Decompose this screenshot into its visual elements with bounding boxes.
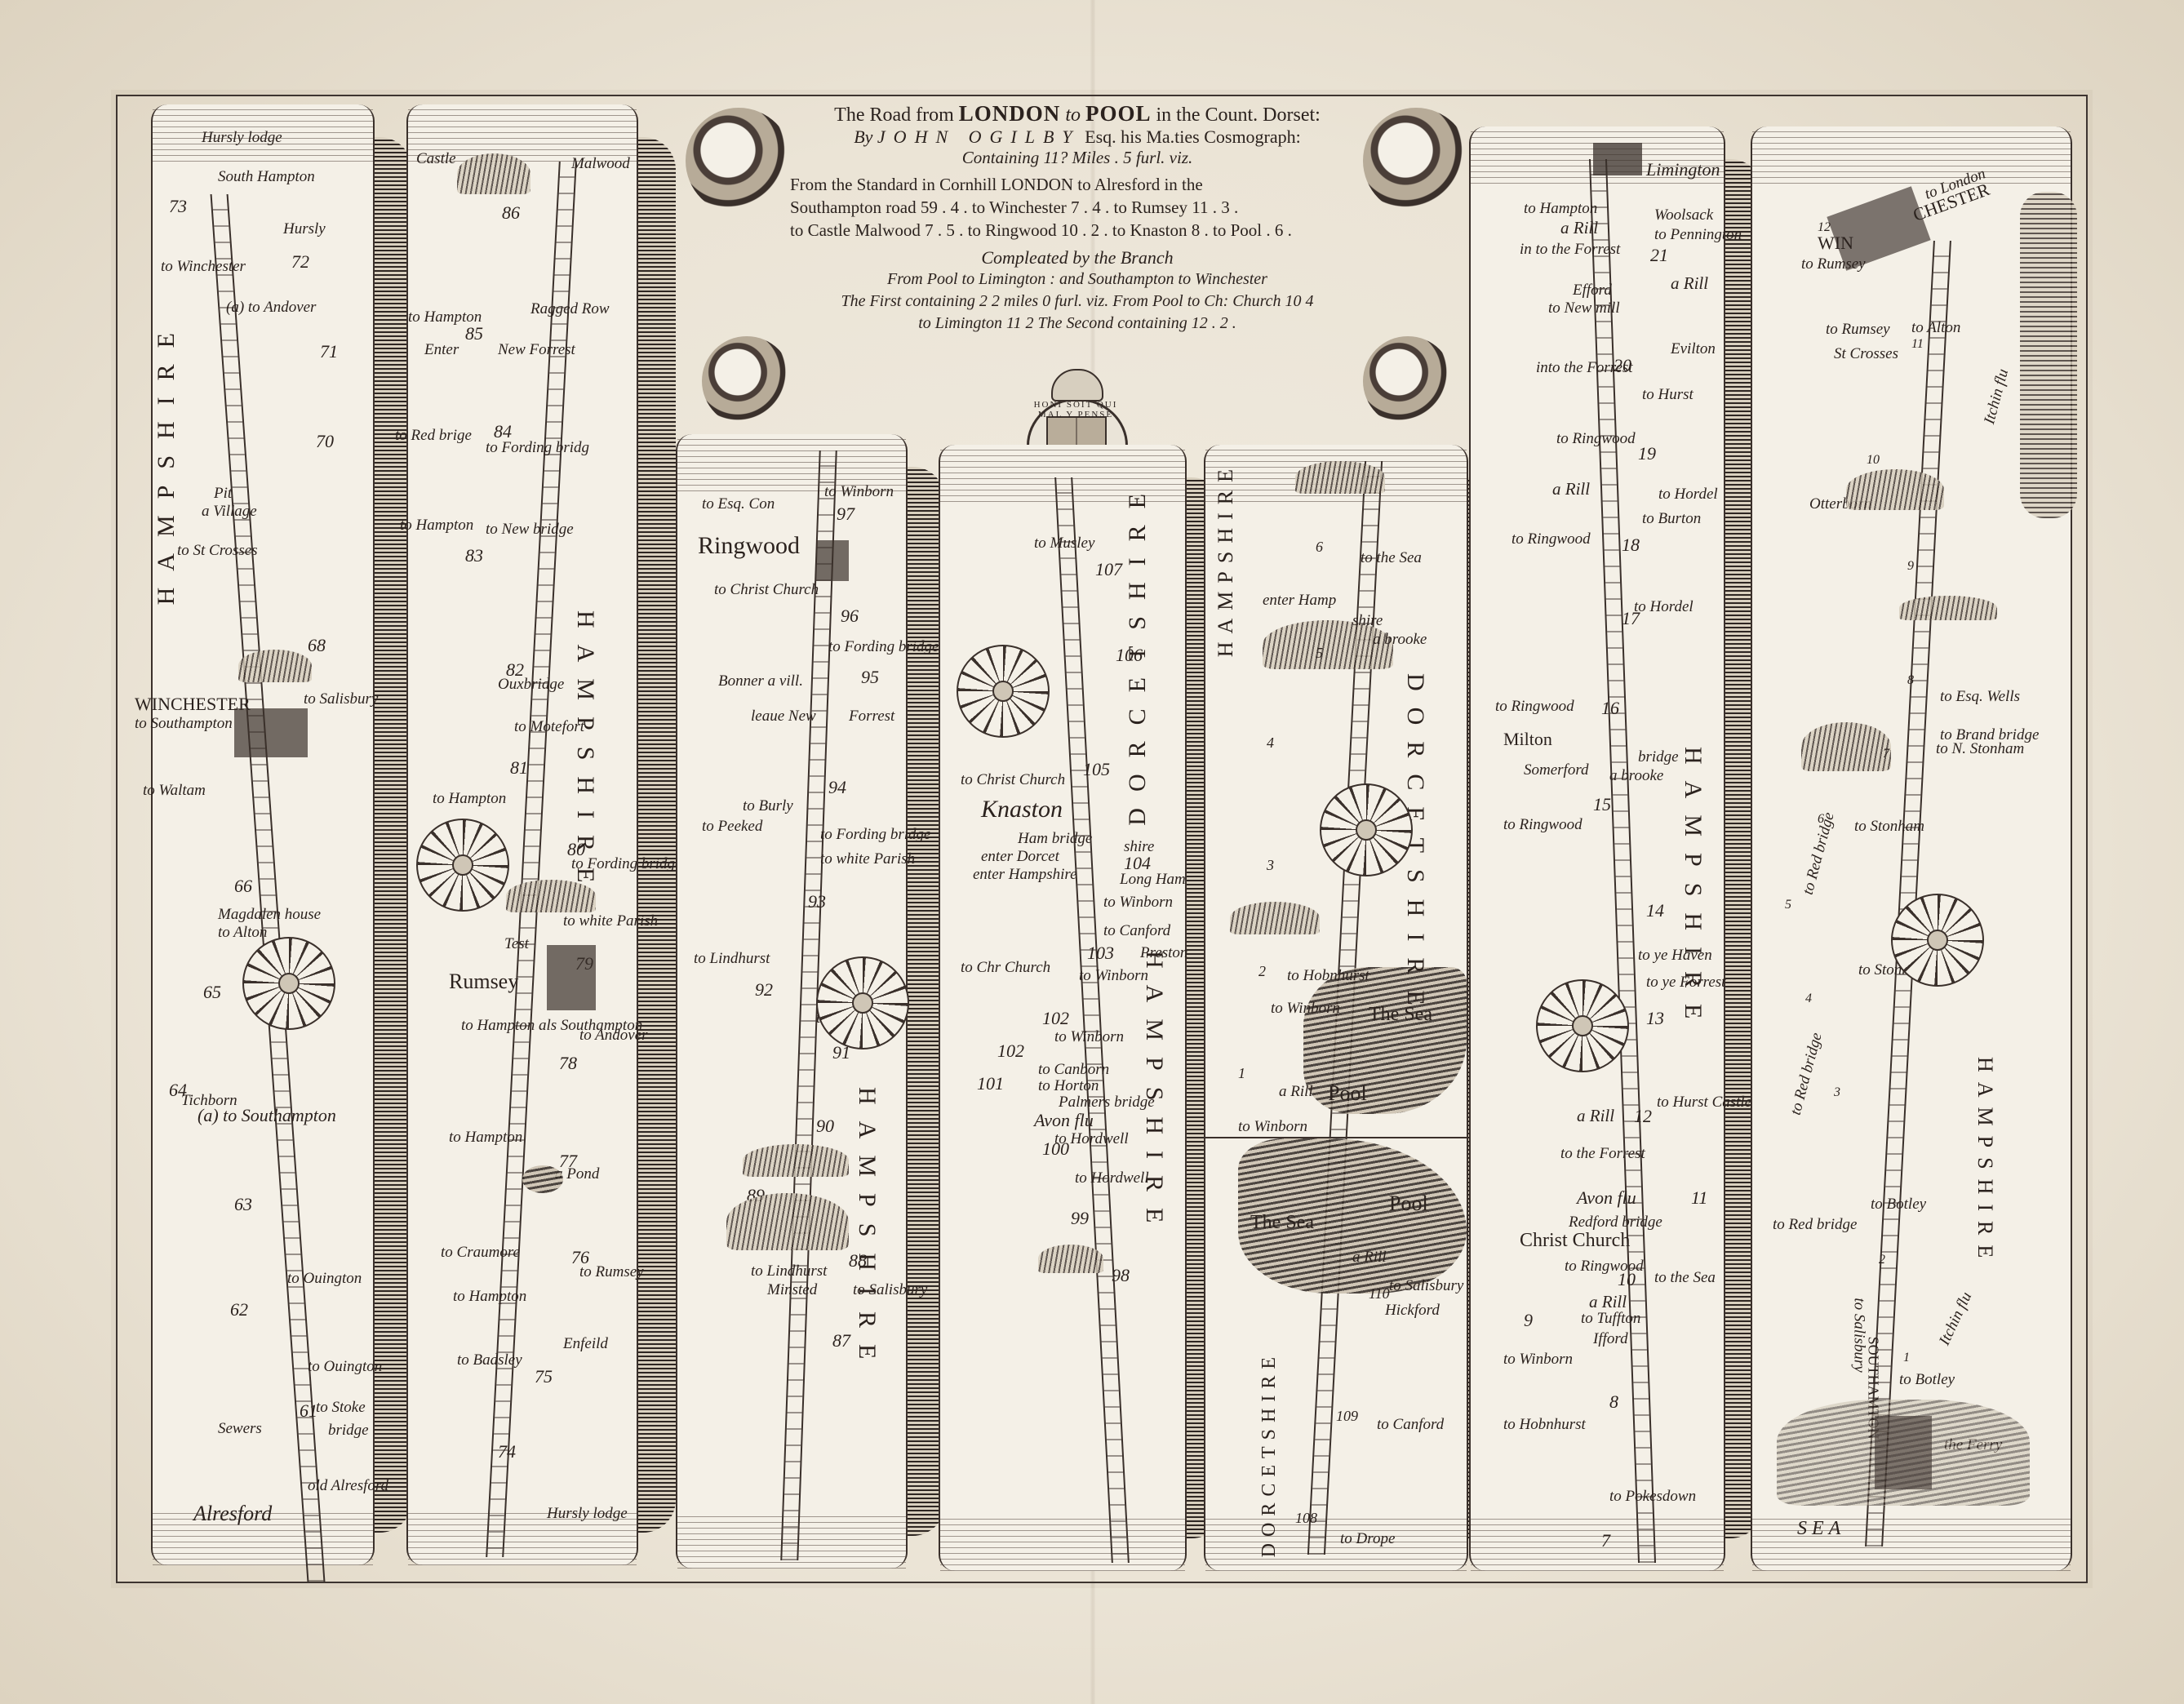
river-label: Itchin flu bbox=[1936, 1289, 1976, 1348]
strip-2: Castle Malwood to Hampton Ragged Row Ent… bbox=[406, 104, 638, 1565]
county-label-hampshire: HAMPSHIRE bbox=[1214, 461, 1238, 657]
place-label: to Hampton bbox=[400, 517, 473, 535]
milestone: 110 bbox=[1369, 1285, 1390, 1302]
milestone: 5 bbox=[1785, 898, 1791, 912]
hill-icon bbox=[1899, 596, 1997, 620]
town-rumsey-icon bbox=[547, 945, 596, 1010]
branch-section: Compleated by the Branch From Pool to Li… bbox=[783, 246, 1371, 335]
place-label: to Canford bbox=[1103, 922, 1170, 940]
place-label: Ifford bbox=[1593, 1330, 1628, 1348]
cartouche-scroll-left-ornament bbox=[686, 108, 792, 214]
compass-rose-icon bbox=[1891, 894, 1984, 987]
milestone: 86 bbox=[502, 202, 520, 224]
place-label: Enfeild bbox=[563, 1335, 608, 1353]
place-label: to Ringwood bbox=[1556, 430, 1636, 448]
crown-icon bbox=[1051, 369, 1103, 402]
county-label-hampshire: HAMPSHIRE bbox=[853, 1087, 881, 1375]
milestone: 1 bbox=[1903, 1351, 1910, 1365]
place-label: to Tuffton bbox=[1581, 1310, 1640, 1328]
place-label: St Crosses bbox=[1834, 345, 1898, 363]
place-label: Avon flu bbox=[1034, 1110, 1094, 1131]
title-author: JOHN OGILBY bbox=[877, 126, 1081, 147]
milestone: 8 bbox=[1609, 1391, 1618, 1413]
hill-icon bbox=[1038, 1245, 1103, 1273]
milestone: 12 bbox=[1634, 1106, 1652, 1127]
milestone: 61 bbox=[300, 1400, 317, 1422]
place-label: to Red bridge bbox=[1787, 1031, 1827, 1117]
milestone: 2 bbox=[1258, 963, 1266, 980]
milestone: 16 bbox=[1601, 698, 1619, 719]
town-ringwood: Ringwood bbox=[698, 532, 800, 560]
place-label: to Winborn bbox=[1503, 1351, 1573, 1369]
milestone: 70 bbox=[316, 431, 334, 452]
town-christ-church: Christ Church bbox=[1520, 1230, 1630, 1252]
hill-icon bbox=[506, 880, 596, 912]
place-label: to Winborn bbox=[1054, 1028, 1124, 1046]
place-label: Enter bbox=[424, 341, 459, 359]
compass-rose-icon bbox=[242, 937, 335, 1030]
county-label-hampshire: HAMPSHIRE bbox=[1973, 1057, 1997, 1267]
place-label: to New mill bbox=[1548, 300, 1620, 317]
milestone: 7 bbox=[1601, 1530, 1610, 1551]
strip-5: to the Sea enter Hamp shire a brooke to … bbox=[1204, 445, 1468, 1571]
place-label: Magdalen house bbox=[218, 906, 321, 924]
place-label: to Musley bbox=[1034, 535, 1094, 552]
compass-rose-icon bbox=[816, 956, 909, 1049]
milestone: 75 bbox=[535, 1366, 553, 1387]
place-label: Minsted bbox=[767, 1281, 817, 1299]
place-label: to Southampton bbox=[135, 715, 233, 733]
place-label: to New bridge bbox=[486, 521, 574, 539]
place-label: to Red bridge bbox=[1773, 1216, 1857, 1234]
town-alresford: Alresford bbox=[193, 1502, 272, 1526]
place-label: Ham bridge bbox=[1018, 830, 1092, 848]
county-label-hampshire: HAMPSHIRE bbox=[571, 610, 599, 899]
sea-label: SEA bbox=[1797, 1518, 1845, 1540]
place-label: Test bbox=[504, 935, 529, 953]
milestone: 1 bbox=[1238, 1065, 1245, 1082]
milestone: 66 bbox=[234, 876, 252, 897]
strip-5-bottom-lines bbox=[1205, 1514, 1467, 1571]
town-limington: Limington bbox=[1646, 159, 1720, 180]
place-label: Forrest bbox=[849, 708, 894, 726]
place-label: in to the Forrest bbox=[1520, 241, 1620, 259]
county-label-dorcetshire: DORCETSHIRE bbox=[1258, 1351, 1281, 1557]
place-label: a Rill bbox=[1552, 479, 1590, 499]
place-label: to Winborn bbox=[1271, 1000, 1340, 1018]
milestone: 96 bbox=[841, 606, 859, 627]
strip-1: Hursly lodge South Hampton Hursly to Win… bbox=[151, 104, 375, 1565]
place-label: to Lindhurst bbox=[751, 1262, 827, 1280]
milestone: 108 bbox=[1295, 1510, 1317, 1527]
town-limington-icon bbox=[1593, 143, 1642, 175]
scroll-curl-ornament bbox=[2020, 192, 2077, 518]
place-label: to Alton bbox=[1911, 319, 1960, 337]
milestone: 90 bbox=[816, 1116, 834, 1137]
milestone: 95 bbox=[861, 667, 879, 688]
place-label: to Red brige bbox=[395, 427, 472, 445]
milestone: 94 bbox=[828, 777, 846, 798]
title-suffix: in the Count. Dorset: bbox=[1156, 104, 1321, 126]
place-label: to Burton bbox=[1642, 510, 1701, 528]
town-rumsey: Rumsey bbox=[449, 970, 518, 994]
strip-6-bottom-lines bbox=[1471, 1514, 1724, 1571]
place-label: New Forrest bbox=[498, 341, 575, 359]
place-label: to Chr Church bbox=[961, 959, 1050, 977]
place-label: to Hurst Castle bbox=[1657, 1094, 1751, 1112]
milestone: 71 bbox=[320, 341, 338, 362]
place-label: to Hobnhurst bbox=[1287, 967, 1369, 985]
place-label: Evilton bbox=[1671, 340, 1716, 358]
compass-rose-icon bbox=[416, 819, 509, 912]
place-label: Milton bbox=[1503, 729, 1552, 750]
place-label: to Waltam bbox=[143, 782, 206, 800]
milestone: 73 bbox=[169, 196, 187, 217]
place-label: Castle bbox=[416, 150, 456, 168]
place-label: to Esq. Wells bbox=[1940, 688, 2020, 706]
place-label: to Salisbury bbox=[1389, 1277, 1463, 1295]
place-label: to white Parish bbox=[820, 850, 915, 868]
place-label: a Village bbox=[202, 503, 257, 521]
milestone: 102 bbox=[997, 1041, 1024, 1062]
place-label: to Drope bbox=[1340, 1530, 1395, 1548]
place-label: to the Forrest bbox=[1560, 1145, 1645, 1163]
place-label: to Hampton bbox=[453, 1288, 526, 1306]
place-label: to Hordel bbox=[1658, 486, 1718, 504]
milestone: 11 bbox=[1691, 1187, 1707, 1209]
cartouche-scroll-bottom-right-ornament bbox=[1363, 336, 1453, 426]
town-pool: Pool bbox=[1389, 1191, 1428, 1216]
milestone: 82 bbox=[506, 659, 524, 681]
place-label: to Winborn bbox=[1238, 1118, 1307, 1136]
compass-rose-icon bbox=[1536, 979, 1629, 1072]
place-label: to Esq. Con bbox=[702, 495, 775, 513]
place-label: to Ringwood bbox=[1495, 698, 1574, 716]
place-label: a Rill bbox=[1560, 218, 1598, 238]
milestone: 6 bbox=[1818, 812, 1824, 827]
milestone: 15 bbox=[1593, 794, 1611, 815]
route-line-1: From the Standard in Cornhill LONDON to … bbox=[790, 173, 1371, 196]
milestone: 100 bbox=[1042, 1138, 1069, 1160]
place-label: to Ouington bbox=[287, 1270, 362, 1288]
milestone: 97 bbox=[837, 504, 855, 525]
place-label: to Hampton bbox=[449, 1129, 522, 1147]
branch-line-1: From Pool to Limington : and Southampton… bbox=[783, 268, 1371, 291]
milestone: 10 bbox=[1618, 1269, 1636, 1290]
town-knaston: Knaston bbox=[981, 796, 1063, 823]
place-label: a brooke bbox=[1373, 631, 1427, 649]
place-label: enter Hampshire bbox=[973, 866, 1077, 884]
place-label: bridge bbox=[328, 1422, 369, 1440]
milestone: 62 bbox=[230, 1299, 248, 1320]
place-label: old Alresford bbox=[308, 1477, 388, 1495]
milestone: 20 bbox=[1614, 355, 1631, 376]
route-line-2: Southampton road 59 . 4 . to Winchester … bbox=[790, 196, 1371, 219]
place-label: Pit bbox=[214, 485, 232, 503]
place-label: to Hampton bbox=[433, 790, 506, 808]
cartouche-scroll-right-ornament bbox=[1363, 108, 1469, 214]
place-label: to the Sea bbox=[1654, 1269, 1716, 1287]
strip-4-bottom-lines bbox=[940, 1514, 1185, 1571]
place-label: to the Sea bbox=[1361, 549, 1422, 567]
milestone: 6 bbox=[1316, 539, 1323, 556]
milestone: 13 bbox=[1646, 1008, 1664, 1029]
milestone: 85 bbox=[465, 323, 483, 344]
place-label: Ragged Row bbox=[530, 300, 610, 318]
place-label: to Winborn bbox=[1103, 894, 1173, 912]
milestone: 103 bbox=[1087, 943, 1114, 964]
milestone: 11 bbox=[1911, 337, 1924, 352]
place-label: to Stoke bbox=[316, 1399, 366, 1417]
milestone: 8 bbox=[1907, 673, 1914, 688]
title-line-3: Containing 11? Miles . 5 furl. viz. bbox=[783, 148, 1371, 168]
place-label: Sewers bbox=[218, 1420, 262, 1438]
strip-7-top-lines bbox=[1752, 126, 2071, 184]
place-label: to Craumore bbox=[441, 1244, 520, 1262]
place-label: Malwood bbox=[571, 155, 630, 173]
place-label: to Winborn bbox=[824, 483, 894, 501]
town-win: WIN bbox=[1818, 233, 1853, 254]
place-label: to Pokesdown bbox=[1609, 1488, 1696, 1506]
milestone: 9 bbox=[1907, 559, 1914, 574]
place-label: to Hampton bbox=[1524, 200, 1597, 218]
county-label-hampshire: HAMPSHIRE bbox=[1140, 951, 1168, 1239]
place-label: Redford bridge bbox=[1569, 1214, 1662, 1231]
hill-icon bbox=[457, 153, 530, 194]
milestone: 12 bbox=[1818, 220, 1831, 235]
milestone: 17 bbox=[1622, 608, 1640, 629]
milestone: 93 bbox=[808, 891, 826, 912]
place-label: leaue New bbox=[751, 708, 816, 726]
title-author-suffix: Esq. his Ma.ties Cosmograph: bbox=[1085, 126, 1301, 147]
place-label: a Rill bbox=[1577, 1106, 1614, 1126]
place-label: a brooke bbox=[1609, 767, 1663, 785]
place-label: to Winborn bbox=[1079, 967, 1148, 985]
place-label: to Botley bbox=[1899, 1371, 1955, 1389]
cartouche-scroll-bottom-left-ornament bbox=[702, 336, 792, 426]
river-label: Itchin flu bbox=[1981, 367, 2013, 426]
milestone: 64 bbox=[169, 1080, 187, 1101]
title-from: LONDON bbox=[959, 101, 1061, 126]
milestone: 109 bbox=[1336, 1408, 1358, 1425]
place-label: to Stonham bbox=[1854, 818, 1924, 836]
milestone: 18 bbox=[1622, 535, 1640, 556]
place-label: to Canford bbox=[1377, 1416, 1444, 1434]
place-label: South Hampton bbox=[218, 168, 315, 186]
milestone: 102 bbox=[1042, 1008, 1069, 1029]
place-label: bridge bbox=[1638, 748, 1679, 766]
place-label: Woolsack bbox=[1654, 206, 1713, 224]
place-label: a Rill bbox=[1279, 1083, 1313, 1101]
milestone: 87 bbox=[832, 1330, 850, 1351]
title-line-1: The Road from LONDON to POOL in the Coun… bbox=[783, 101, 1371, 126]
strip-6: Limington to Hampton a Rill Woolsack to … bbox=[1469, 126, 1725, 1571]
milestone: 10 bbox=[1867, 453, 1880, 468]
strip-divider bbox=[1205, 1137, 1467, 1138]
place-label: shire bbox=[1352, 612, 1383, 630]
place-label: to Fording bridge bbox=[820, 826, 930, 844]
place-label: to Hobnhurst bbox=[1503, 1416, 1586, 1434]
place-label: to Winchester bbox=[161, 258, 246, 276]
place-label: Somerford bbox=[1524, 761, 1589, 779]
place-label: Avon flu bbox=[1577, 1187, 1636, 1209]
county-label-dorcetshire: DORCETSHIRE bbox=[1124, 477, 1152, 826]
place-label: to N. Stonham bbox=[1936, 740, 2024, 758]
town-winchester: WINCHESTER bbox=[135, 694, 251, 715]
town-southampton-icon bbox=[1875, 1416, 1932, 1489]
milestone: 21 bbox=[1650, 245, 1668, 266]
town-winchester-icon bbox=[234, 708, 308, 757]
milestone: 14 bbox=[1646, 900, 1664, 921]
place-label: to Rumsey bbox=[1801, 255, 1866, 273]
route-summary: From the Standard in Cornhill LONDON to … bbox=[783, 173, 1371, 242]
place-label: a Rill bbox=[1671, 273, 1708, 294]
sea-label: The Sea bbox=[1250, 1212, 1314, 1234]
title-line-2: By JOHN OGILBY Esq. his Ma.ties Cosmogra… bbox=[783, 126, 1371, 148]
place-label: to Fording bridge bbox=[828, 638, 939, 656]
county-label-hampshire: HAMPSHIRE bbox=[153, 317, 180, 605]
milestone: 92 bbox=[755, 979, 773, 1001]
hill-icon bbox=[1230, 902, 1320, 934]
place-label: Efford bbox=[1573, 282, 1612, 300]
milestone: 98 bbox=[1112, 1265, 1130, 1286]
branch-heading: Compleated by the Branch bbox=[783, 246, 1371, 268]
hill-icon bbox=[238, 650, 312, 682]
pond-icon bbox=[522, 1165, 563, 1193]
milestone: 19 bbox=[1638, 443, 1656, 464]
milestone: 84 bbox=[494, 421, 512, 442]
milestone: 4 bbox=[1267, 734, 1274, 752]
place-label: to Pennington bbox=[1654, 226, 1742, 244]
place-label: to Horton bbox=[1038, 1077, 1099, 1095]
crest-motto: HONI SOIT QUI MAL Y PENSE bbox=[1022, 400, 1130, 419]
place-label: to Christ Church bbox=[961, 771, 1065, 789]
branch-line-2: The First containing 2 2 miles 0 furl. v… bbox=[783, 291, 1371, 313]
milestone: 9 bbox=[1524, 1310, 1533, 1331]
milestone: 107 bbox=[1095, 559, 1122, 580]
cartouche-text: The Road from LONDON to POOL in the Coun… bbox=[783, 101, 1371, 335]
place-label: enter Dorcet bbox=[981, 848, 1059, 866]
strip-2-scroll-shade bbox=[638, 137, 676, 1533]
milestone: 104 bbox=[1124, 853, 1151, 874]
compass-rose-icon bbox=[1320, 783, 1413, 876]
title-by: By bbox=[854, 126, 872, 147]
milestone: 83 bbox=[465, 545, 483, 566]
place-label: to Ringwood bbox=[1503, 816, 1583, 834]
milestone: 78 bbox=[559, 1053, 577, 1074]
place-label: to Hurst bbox=[1642, 386, 1693, 404]
milestone: 105 bbox=[1083, 759, 1110, 780]
hill-icon bbox=[1846, 469, 1944, 510]
milestone: 4 bbox=[1805, 992, 1812, 1006]
milestone: 63 bbox=[234, 1194, 252, 1215]
hill-icon bbox=[1295, 461, 1385, 494]
place-label: to Ouington bbox=[308, 1358, 382, 1376]
milestone: 101 bbox=[977, 1073, 1004, 1094]
place-label: to Christ Church bbox=[714, 581, 819, 599]
milestone: 74 bbox=[498, 1441, 516, 1462]
compass-rose-icon bbox=[957, 645, 1050, 738]
branch-line-3: to Limington 11 2 The Second containing … bbox=[783, 313, 1371, 335]
milestone: 65 bbox=[203, 982, 221, 1003]
place-label: enter Hamp bbox=[1263, 592, 1336, 610]
place-label: to Rumsey bbox=[1826, 321, 1890, 339]
strip-7: to London WIN CHESTER to Rumsey to Rumse… bbox=[1751, 126, 2072, 1571]
county-label-hampshire: HAMPSHIRE bbox=[1679, 747, 1707, 1035]
strip-3: to Esq. Con to Winborn Ringwood to Chris… bbox=[676, 434, 908, 1569]
milestone: 68 bbox=[308, 635, 326, 656]
place-label: to St Crosses bbox=[177, 542, 258, 560]
hill-icon bbox=[1801, 722, 1891, 771]
strip-bottom-label: Hursly lodge bbox=[547, 1505, 628, 1523]
place-label: to Peeked bbox=[702, 818, 762, 836]
milestone: 3 bbox=[1267, 857, 1274, 874]
milestone: 7 bbox=[1883, 747, 1889, 761]
place-label: to Badsley bbox=[457, 1351, 522, 1369]
place-label: to Lindhurst bbox=[694, 950, 770, 968]
place-label: to Andover bbox=[579, 1027, 648, 1045]
milestone: 5 bbox=[1316, 645, 1323, 662]
milestone: 76 bbox=[571, 1247, 589, 1268]
strip-top-label: Hursly lodge bbox=[202, 129, 282, 147]
place-label: to Botley bbox=[1871, 1196, 1926, 1214]
place-label: to Hordel bbox=[1634, 598, 1693, 616]
route-line-3: to Castle Malwood 7 . 5 . to Ringwood 10… bbox=[790, 219, 1371, 242]
place-label: to Burly bbox=[743, 797, 793, 815]
title-prefix: The Road from bbox=[834, 104, 954, 126]
title-to-word: to bbox=[1065, 104, 1081, 126]
milestone: 2 bbox=[1879, 1253, 1885, 1267]
hill-icon bbox=[743, 1144, 849, 1177]
milestone: 99 bbox=[1071, 1208, 1089, 1229]
town-ringwood-icon bbox=[816, 540, 849, 581]
place-label: to Canborn bbox=[1038, 1061, 1109, 1079]
milestone: 72 bbox=[291, 251, 309, 273]
place-label: to Ringwood bbox=[1511, 530, 1591, 548]
place-label: (a) to Andover bbox=[226, 299, 316, 317]
place-label: (a) to Southampton bbox=[198, 1105, 336, 1126]
place-label: to white Parish bbox=[563, 912, 658, 930]
town-pool: Pool bbox=[1328, 1081, 1367, 1106]
milestone: 77 bbox=[559, 1151, 577, 1172]
place-label: to Hordwell bbox=[1075, 1169, 1149, 1187]
milestone: 3 bbox=[1834, 1085, 1840, 1100]
milestone: 81 bbox=[510, 757, 528, 779]
place-label: Hursly bbox=[283, 220, 326, 238]
strip-4: to Musley to Christ Church Knaston Ham b… bbox=[939, 445, 1187, 1571]
title-destination: POOL bbox=[1085, 101, 1152, 126]
place-label: Hickford bbox=[1385, 1302, 1440, 1320]
place-label: a Rill bbox=[1352, 1249, 1387, 1267]
place-label: Bonner a vill. bbox=[718, 672, 803, 690]
hill-icon bbox=[726, 1193, 849, 1250]
place-label: to Alton bbox=[218, 924, 267, 942]
place-label: to Salisbury bbox=[304, 690, 378, 708]
